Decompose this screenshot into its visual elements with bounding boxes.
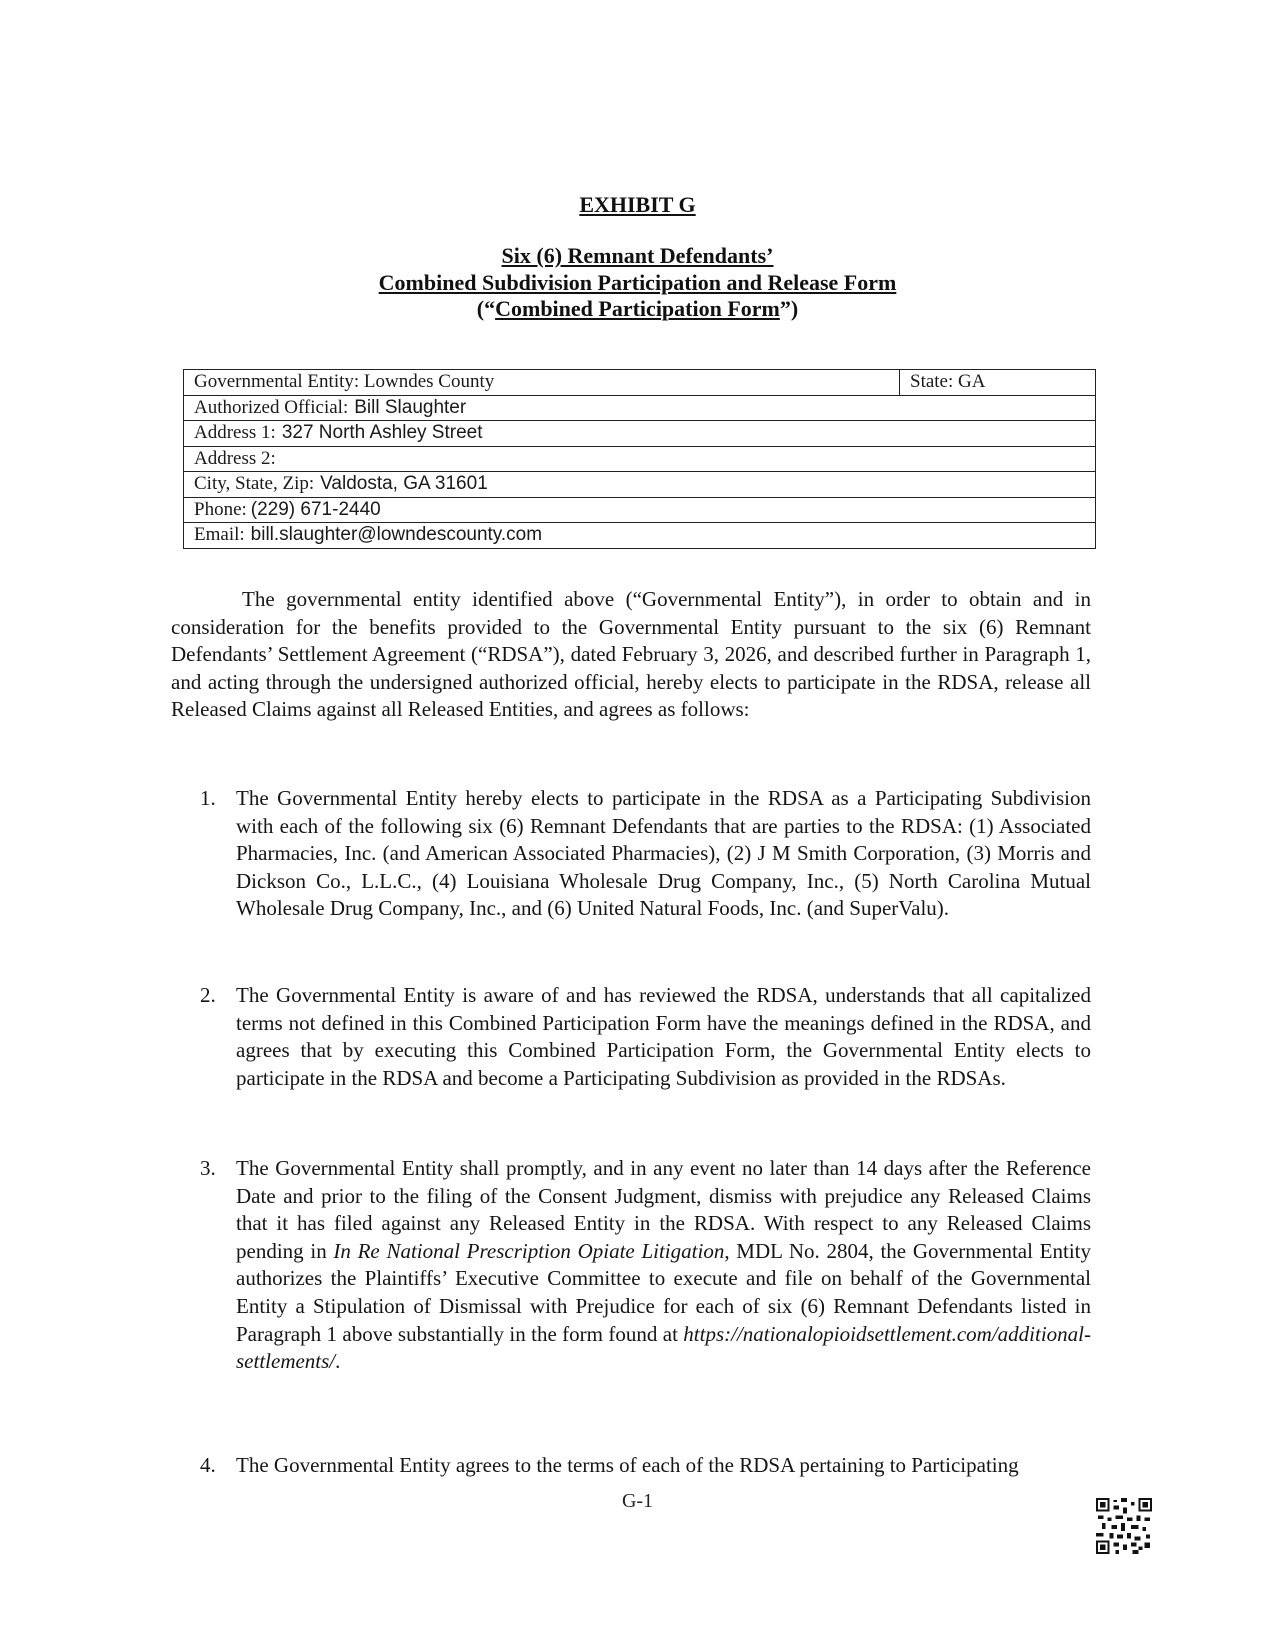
case-name: In Re National Prescription Opiate Litig… <box>333 1239 724 1263</box>
form-subtitle-line1: Six (6) Remnant Defendants’ <box>0 243 1275 269</box>
numbered-paragraph-2: 2. The Governmental Entity is aware of a… <box>200 982 1091 1092</box>
official-field[interactable]: Authorized Official:Bill Slaughter <box>184 395 1096 421</box>
quote-close: ”) <box>780 296 798 321</box>
paragraph-text: The Governmental Entity is aware of and … <box>236 982 1091 1092</box>
row-phone: Phone:(229) 671-2440 <box>184 497 1096 523</box>
email-value: bill.slaughter@lowndescounty.com <box>251 524 542 545</box>
row-official: Authorized Official:Bill Slaughter <box>184 395 1096 421</box>
row-entity: Governmental Entity: Lowndes County Stat… <box>184 370 1096 396</box>
paragraph-number: 1. <box>200 785 230 813</box>
city-state-zip-field[interactable]: City, State, Zip:Valdosta, GA 31601 <box>184 472 1096 498</box>
city-value: Valdosta, GA 31601 <box>320 473 488 494</box>
address2-field[interactable]: Address 2: <box>184 446 1096 472</box>
address1-value: 327 North Ashley Street <box>282 422 483 443</box>
state-value: GA <box>958 371 985 392</box>
row-email: Email:bill.slaughter@lowndescounty.com <box>184 523 1096 549</box>
qr-code-icon <box>1096 1497 1152 1555</box>
paragraph-text: The Governmental Entity hereby elects to… <box>236 785 1091 923</box>
numbered-paragraph-3: 3. The Governmental Entity shall promptl… <box>200 1155 1091 1376</box>
entity-field[interactable]: Governmental Entity: Lowndes County <box>184 370 900 396</box>
address1-field[interactable]: Address 1:327 North Ashley Street <box>184 421 1096 447</box>
paragraph-number: 4. <box>200 1452 230 1480</box>
form-short-name: Combined Participation Form <box>495 296 780 321</box>
numbered-paragraph-1: 1. The Governmental Entity hereby elects… <box>200 785 1091 923</box>
intro-paragraph: The governmental entity identified above… <box>171 586 1091 724</box>
quote-open: (“ <box>477 296 495 321</box>
paragraph-number: 2. <box>200 982 230 1010</box>
paragraph-text: The Governmental Entity agrees to the te… <box>236 1452 1091 1480</box>
state-field[interactable]: State: GA <box>900 370 1096 396</box>
email-field[interactable]: Email:bill.slaughter@lowndescounty.com <box>184 523 1096 549</box>
paragraph-text: The Governmental Entity shall promptly, … <box>236 1155 1091 1376</box>
numbered-paragraph-4: 4. The Governmental Entity agrees to the… <box>200 1452 1091 1480</box>
entity-info-table: Governmental Entity: Lowndes County Stat… <box>183 369 1096 549</box>
phone-value: (229) 671-2440 <box>251 499 381 520</box>
official-value: Bill Slaughter <box>354 397 466 418</box>
exhibit-title: EXHIBIT G <box>0 192 1275 218</box>
row-address2: Address 2: <box>184 446 1096 472</box>
paragraph-number: 3. <box>200 1155 230 1183</box>
row-city: City, State, Zip:Valdosta, GA 31601 <box>184 472 1096 498</box>
form-subtitle-line3: (“Combined Participation Form”) <box>0 296 1275 322</box>
document-page: EXHIBIT G Six (6) Remnant Defendants’ Co… <box>0 0 1275 1650</box>
form-subtitle-line2: Combined Subdivision Participation and R… <box>0 270 1275 296</box>
entity-value: Lowndes County <box>364 371 494 392</box>
page-number: G-1 <box>0 1490 1275 1513</box>
phone-field[interactable]: Phone:(229) 671-2440 <box>184 497 1096 523</box>
row-address1: Address 1:327 North Ashley Street <box>184 421 1096 447</box>
